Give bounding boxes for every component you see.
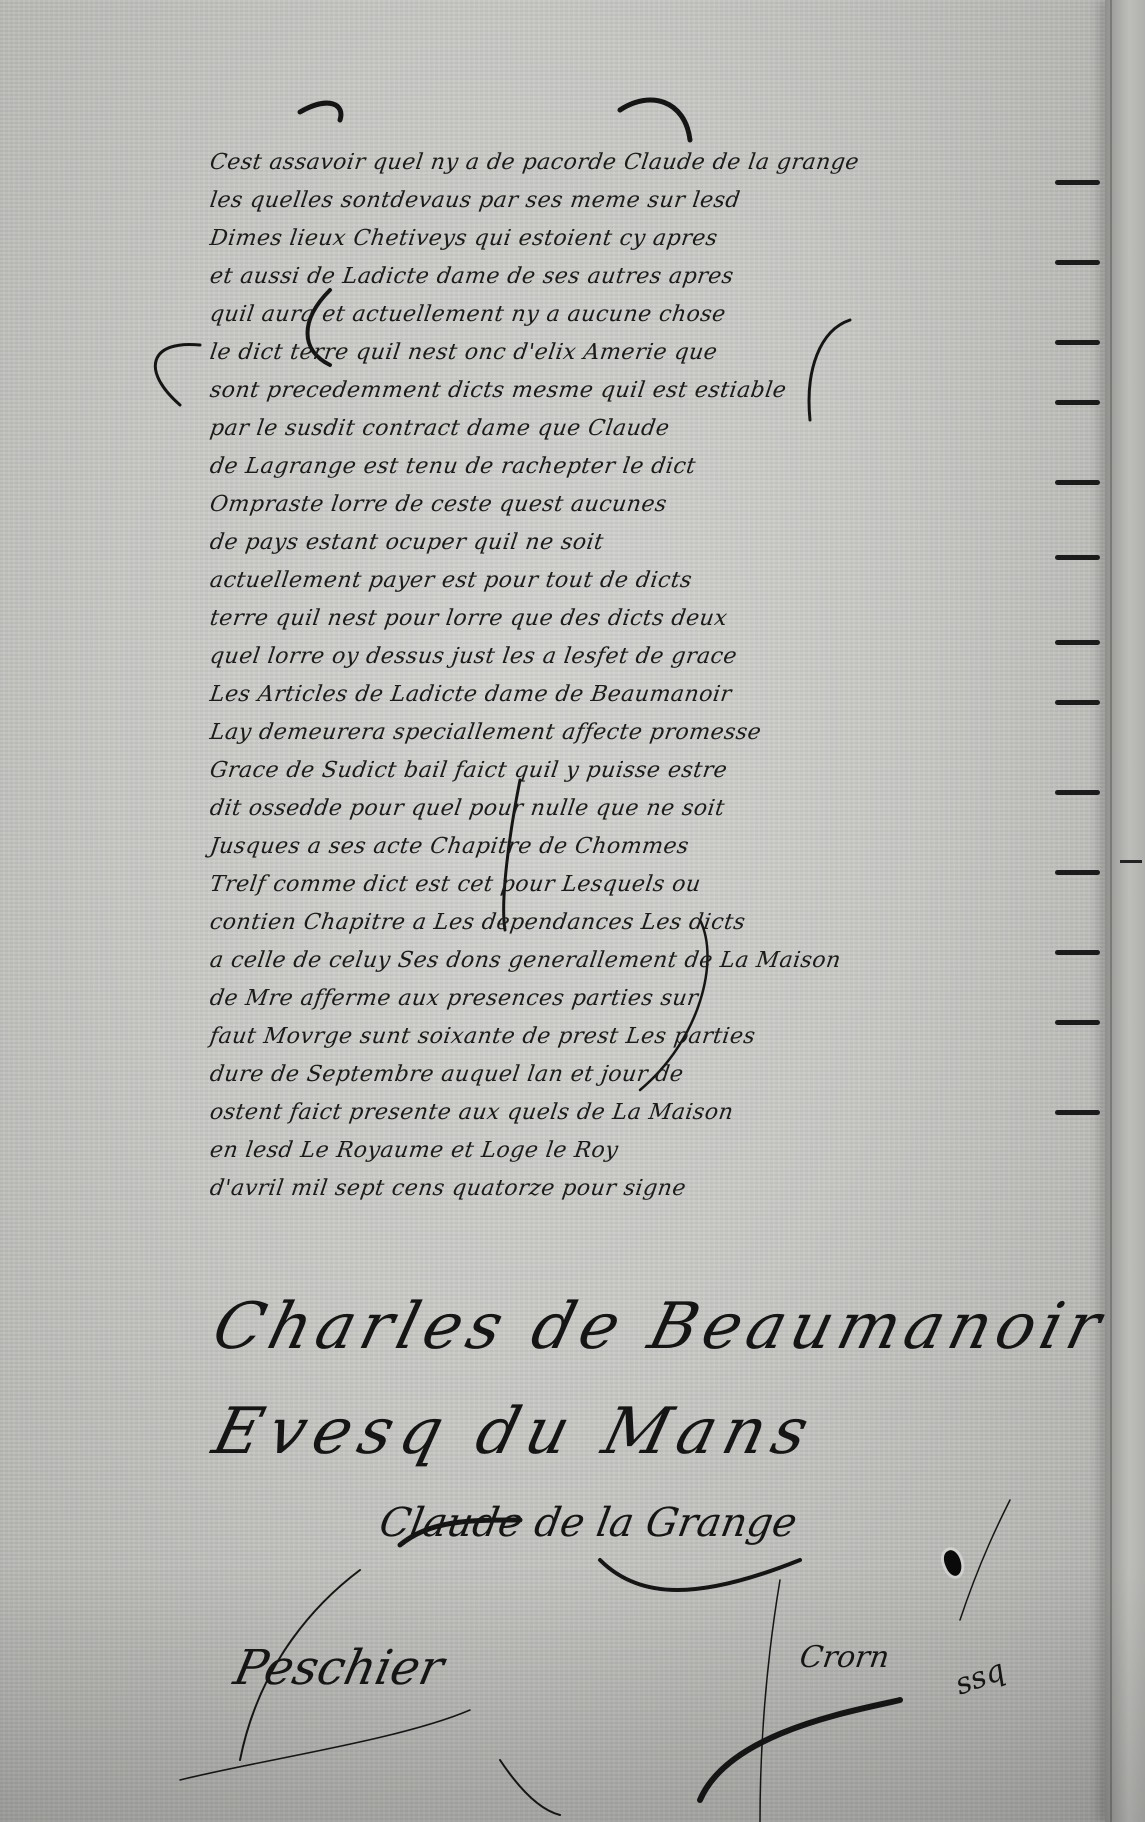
text-line: le dict terre quil nest onc d'elix Ameri… (208, 340, 719, 365)
signature-peschier: Peschier (229, 1640, 449, 1696)
text-line: Dimes lieux Chetiveys qui estoient cy ap… (208, 226, 719, 251)
text-line: d'avril mil sept cens quatorze pour sign… (208, 1176, 687, 1201)
text-line: sont precedemment dicts mesme quil est e… (208, 378, 788, 403)
text-line: contien Chapitre a Les dependances Les d… (208, 910, 747, 935)
signature-claude-de-la-grange: Claude de la Grange (376, 1500, 800, 1546)
text-line: Les Articles de Ladicte dame de Beaumano… (208, 682, 733, 707)
text-line: ostent faict presente aux quels de La Ma… (208, 1100, 735, 1125)
text-line: les quelles sontdevaus par ses meme sur … (208, 188, 742, 213)
text-line: quil aura et actuellement ny a aucune ch… (208, 302, 727, 327)
fold-line (1110, 0, 1112, 1822)
text-line: Trelf comme dict est cet pour Lesquels o… (208, 872, 702, 897)
text-line: Lay demeurera speciallement affecte prom… (208, 720, 763, 745)
text-line: dit ossedde pour quel pour nulle que ne … (208, 796, 726, 821)
text-line: Cest assavoir quel ny a de pacorde Claud… (208, 150, 860, 175)
text-line: faut Movrge sunt soixante de prest Les p… (208, 1024, 757, 1049)
signature-evesq-du-mans: Evesq du Mans (206, 1395, 824, 1469)
signature-charles-de-beaumanoir: Charles de Beaumanoir (206, 1290, 1114, 1364)
text-line: Grace de Sudict bail faict quil y puisse… (208, 758, 729, 783)
text-line: actuellement payer est pour tout de dict… (208, 568, 694, 593)
text-line: Jusques a ses acte Chapitre de Chommes (208, 834, 690, 859)
text-line: Ompraste lorre de ceste quest aucunes (208, 492, 668, 517)
margin-mark (1120, 860, 1142, 863)
text-line: et aussi de Ladicte dame de ses autres a… (208, 264, 735, 289)
text-line: a celle de celuy Ses dons generallement … (208, 948, 842, 973)
text-line: par le susdit contract dame que Claude (208, 416, 671, 441)
text-line: de Mre afferme aux presences parties sur (208, 986, 700, 1011)
manuscript-page: Cest assavoir quel ny a de pacorde Claud… (0, 0, 1145, 1822)
text-line: terre quil nest pour lorre que des dicts… (208, 606, 729, 631)
signature-crorn: Crorn (798, 1640, 892, 1675)
text-line: de pays estant ocuper quil ne soit (208, 530, 605, 555)
text-line: de Lagrange est tenu de rachepter le dic… (208, 454, 697, 479)
text-line: dure de Septembre auquel lan et jour de (208, 1062, 685, 1087)
text-line: en lesd Le Royaume et Loge le Roy (208, 1138, 620, 1163)
text-line: quel lorre oy dessus just les a lesfet d… (208, 644, 739, 669)
